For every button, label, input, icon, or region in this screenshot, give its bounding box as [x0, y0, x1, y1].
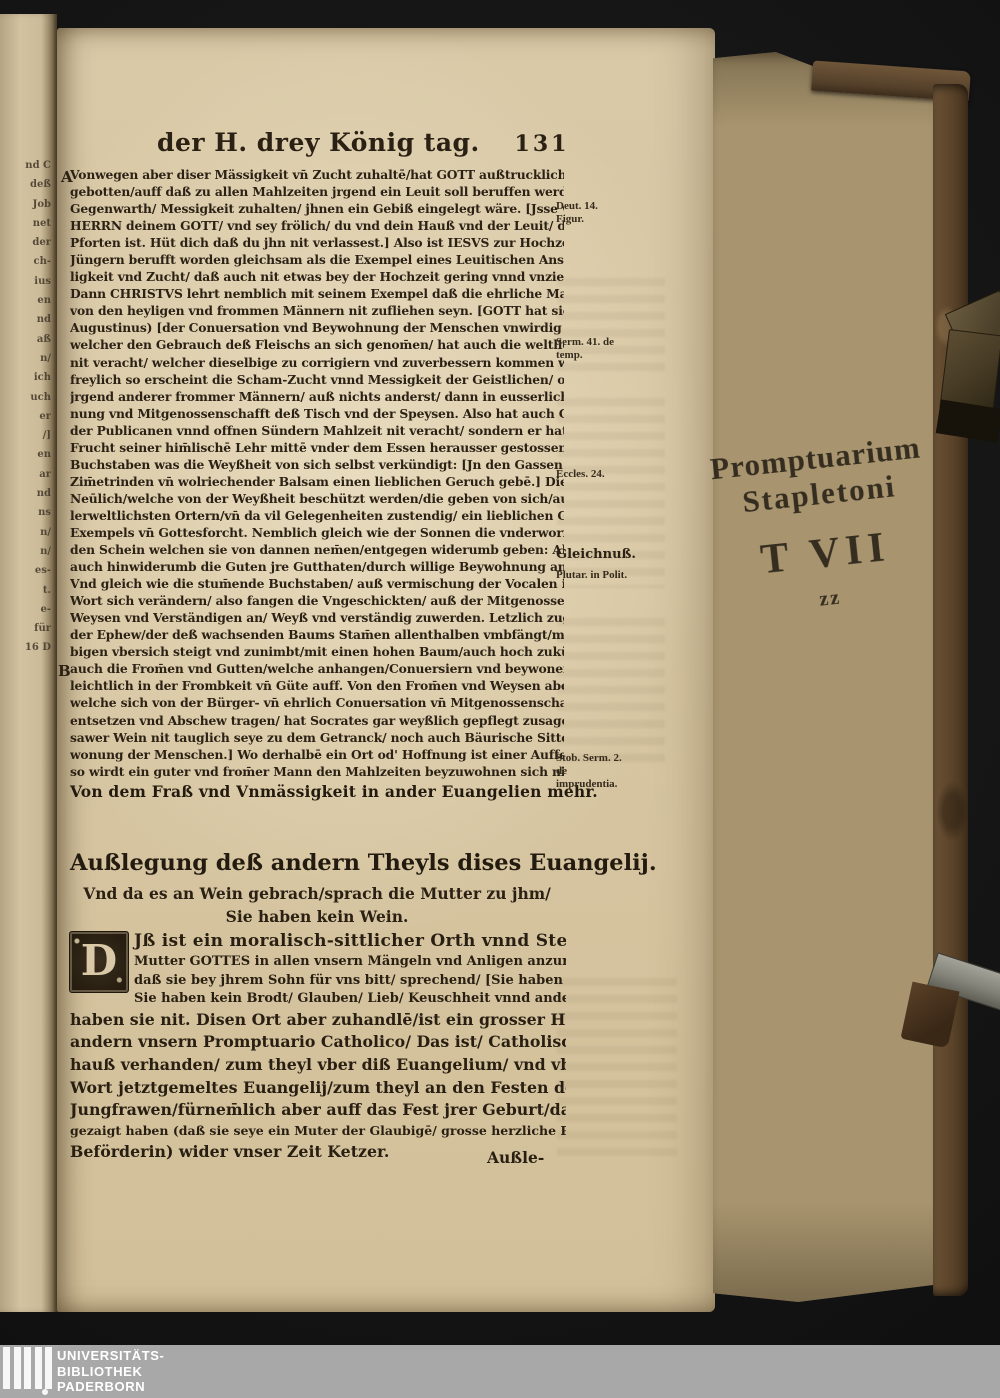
- body-text: Vonwegen aber diser Mässigkeit vn̄ Zucht…: [70, 167, 564, 781]
- text-fragment: t.: [0, 581, 51, 600]
- library-footer-bar: UNIVERSITÄTS- BIBLIOTHEK PADERBORN: [0, 1345, 1000, 1398]
- text-fragment: net: [0, 214, 51, 233]
- body-text-line: Gegenwarth/ Messigkeit zuhalten/ jhnen e…: [70, 201, 564, 218]
- body-text-line: Dann CHRISTVS lehrt nemblich mit seinem …: [70, 286, 564, 303]
- fore-edge-handwriting: Promptuarium Stapletoni T VII zz: [687, 427, 958, 624]
- margin-note: Gleichnuß.: [556, 548, 628, 561]
- body-text-line: ligkeit vnd Zucht/ daß auch nit etwas be…: [70, 269, 564, 286]
- margin-note: Eccles. 24.: [556, 468, 628, 481]
- text-fragment: en: [0, 291, 51, 310]
- body-text-line: welche sich von der Bürger- vn̄ ehrlich …: [70, 695, 564, 712]
- text-fragment: ch-: [0, 252, 51, 271]
- text-fragment: nd: [0, 310, 51, 329]
- text-fragment: nd C: [0, 156, 51, 175]
- book-page: der H. drey König tag. 131 A B Vonwegen …: [57, 28, 715, 1312]
- text-fragment: ar: [0, 465, 51, 484]
- paragraph-letter-b: B: [58, 662, 71, 680]
- previous-page-text-fragments: nd CdeßJobnetderch-iusenndaßn/ichucher/]…: [0, 14, 57, 658]
- fore-edge-shading: [713, 52, 937, 1302]
- body-text-line: Exempels vn̄ Gottesforcht. Nemblich glei…: [70, 525, 564, 542]
- logo-bar: [24, 1347, 31, 1389]
- body-text-line: lerweltlichsten Ortern/vn̄ da vil Gelege…: [70, 508, 564, 525]
- body-text-line: von den heyligen vnd frommen Männern nit…: [70, 303, 564, 320]
- final-paragraph-line: andern vnsern Promptuario Catholico/ Das…: [70, 1032, 566, 1055]
- fore-edge-page-block: [713, 52, 937, 1302]
- margin-note: Serm. 41. de temp.: [556, 336, 628, 362]
- body-text-line: Weysen vnd Verständigen an/ Weyß vnd ver…: [70, 610, 564, 627]
- logo-bar: [45, 1347, 52, 1389]
- text-fragment: 16 D: [0, 638, 51, 657]
- body-text-line: Wort sich verändern/ also fangen die Vng…: [70, 593, 564, 610]
- body-text-line: jrgend anderer frommer Männern/ auß nich…: [70, 389, 564, 406]
- text-fragment: ius: [0, 272, 51, 291]
- final-paragraph-line: hauß verhanden/ zum theyl vber diß Euang…: [70, 1055, 566, 1078]
- text-fragment: n/: [0, 349, 51, 368]
- body-text-line: HERRN deinem GOTT/ vnd sey frölich/ du v…: [70, 218, 564, 235]
- body-text-line: wonung der Menschen.] Wo derhalbē ein Or…: [70, 747, 564, 764]
- body-text-line: freylich so erscheint die Scham-Zucht vn…: [70, 372, 564, 389]
- body-text-line: so wirdt ein guter vnd from̄er Mann den …: [70, 764, 564, 781]
- leather-cover-right-edge: [933, 84, 968, 1296]
- text-fragment: n/: [0, 542, 51, 561]
- text-fragment: ns: [0, 503, 51, 522]
- body-text-line: Neūlich/welche von der Weyßheit beschütz…: [70, 491, 564, 508]
- text-fragment: uch: [0, 388, 51, 407]
- library-name-line: BIBLIOTHEK: [57, 1364, 164, 1380]
- body-text-line: gebotten/auff daß zu allen Mahlzeiten jr…: [70, 184, 564, 201]
- body-text-line: Jüngern berufft worden gleichsam als die…: [70, 252, 564, 269]
- body-text-line: auch hinwiderumb die Guten jre Gutthaten…: [70, 559, 564, 576]
- catchword: Außle-: [487, 1148, 544, 1167]
- logo-bar: [35, 1347, 42, 1389]
- body-text-line: der Ephew/der deß wachsenden Baums Stam̄…: [70, 627, 564, 644]
- body-text-line: entsetzen vnd Abschew tragen/ hat Socrat…: [70, 713, 564, 730]
- section-subheading: Vnd da es an Wein gebrach/sprach die Mut…: [70, 884, 564, 903]
- body-text-line: Zim̄etrinden vn̄ wolriechender Balsam ei…: [70, 474, 564, 491]
- body-text-line: Frucht seiner him̄lischē Lehr mittē vnde…: [70, 440, 564, 457]
- text-fragment: aß: [0, 330, 51, 349]
- body-text-line: der Publicanen vnnd offnen Sündern Mahlz…: [70, 423, 564, 440]
- body-text-line: bigen vbersich steigt vnd zunimbt/mit ei…: [70, 644, 564, 661]
- body-text-line: Augustinus) [der Conuersation vnd Beywoh…: [70, 320, 564, 337]
- bleed-through-text: [557, 618, 665, 768]
- library-name: UNIVERSITÄTS- BIBLIOTHEK PADERBORN: [57, 1348, 164, 1395]
- margin-note: Plutar. in Polit.: [556, 569, 628, 582]
- text-fragment: er: [0, 407, 51, 426]
- text-fragment: es-: [0, 561, 51, 580]
- logo-dot: [42, 1389, 48, 1395]
- bleed-through-text: [557, 978, 677, 1158]
- body-text-line: sawer Wein nit tauglich seye zu dem Getr…: [70, 730, 564, 747]
- library-logo: [3, 1347, 56, 1393]
- library-name-line: UNIVERSITÄTS-: [57, 1348, 164, 1364]
- body-text-line: Pforten ist. Hüt dich daß du jhn nit ver…: [70, 235, 564, 252]
- section-subheading-2: Sie haben kein Wein.: [70, 907, 564, 926]
- logo-bar: [3, 1347, 10, 1389]
- text-fragment: für: [0, 619, 51, 638]
- running-title: der H. drey König tag.: [157, 128, 427, 157]
- text-fragment: deß: [0, 175, 51, 194]
- page-number: 131: [507, 131, 577, 157]
- final-paragraph: Jß ist ein moralisch-sittlicher Orth vnn…: [70, 931, 566, 1164]
- text-fragment: n/: [0, 523, 51, 542]
- text-fragment: nd: [0, 484, 51, 503]
- body-text-line: leichtlich in der Frombkeit vn̄ Güte auf…: [70, 678, 564, 695]
- text-fragment: /]: [0, 426, 51, 445]
- body-text-line: Buchstaben was die Weyßheit von sich sel…: [70, 457, 564, 474]
- library-name-line: PADERBORN: [57, 1379, 164, 1395]
- body-text-line: Vonwegen aber diser Mässigkeit vn̄ Zucht…: [70, 167, 564, 184]
- margin-note: Stob. Serm. 2. de imprudentia.: [556, 752, 628, 791]
- text-fragment: e-: [0, 600, 51, 619]
- final-paragraph-line: Wort jetztgemeltes Euangelij/zum theyl a…: [70, 1078, 566, 1101]
- text-fragment: der: [0, 233, 51, 252]
- body-text-line: den Schein welchen sie von dannen nem̄en…: [70, 542, 564, 559]
- bleed-through-text: [557, 278, 665, 378]
- body-text-line: auch die From̄en vnd Gutten/welche anhan…: [70, 661, 564, 678]
- book-scan-photo: nd CdeßJobnetderch-iusenndaßn/ichucher/]…: [0, 0, 1000, 1398]
- body-text-line: nung vnd Mitgenossenschafft deß Tisch vn…: [70, 406, 564, 423]
- logo-bar: [14, 1347, 21, 1389]
- final-paragraph-line: Jß ist ein moralisch-sittlicher Orth vnn…: [134, 931, 566, 954]
- final-paragraph-line: haben sie nit. Disen Ort aber zuhandlē/i…: [70, 1010, 566, 1033]
- body-text-line: welcher den Gebrauch deß Fleischs an sic…: [70, 337, 564, 354]
- final-paragraph-line: Mutter GOTTES in allen vnsern Mängeln vn…: [134, 954, 566, 973]
- final-paragraph-line: Jungfrawen/fürnem̄lich aber auff das Fes…: [70, 1100, 566, 1123]
- text-fragment: ich: [0, 368, 51, 387]
- margin-note: Deut. 14. Figur.: [556, 200, 628, 226]
- body-text-line: nit veracht/ welcher dieselbige zu corri…: [70, 355, 564, 372]
- final-paragraph-line: gezaigt haben (daß sie seye ein Muter de…: [70, 1123, 566, 1143]
- text-fragment: en: [0, 445, 51, 464]
- body-text-line: Vnd gleich wie die stum̄ende Buchstaben/…: [70, 576, 564, 593]
- section-heading: Außlegung deß andern Theyls dises Euange…: [70, 850, 564, 876]
- previous-page-edge: nd CdeßJobnetderch-iusenndaßn/ichucher/]…: [0, 14, 57, 1312]
- final-paragraph-line: daß sie bey jhrem Sohn für vns bitt/ spr…: [134, 973, 566, 992]
- transition-line: Von dem Fraß vnd Vnmässigkeit in ander E…: [70, 782, 564, 801]
- text-fragment: Job: [0, 195, 51, 214]
- final-paragraph-line: Sie haben kein Brodt/ Glauben/ Lieb/ Keu…: [134, 991, 566, 1010]
